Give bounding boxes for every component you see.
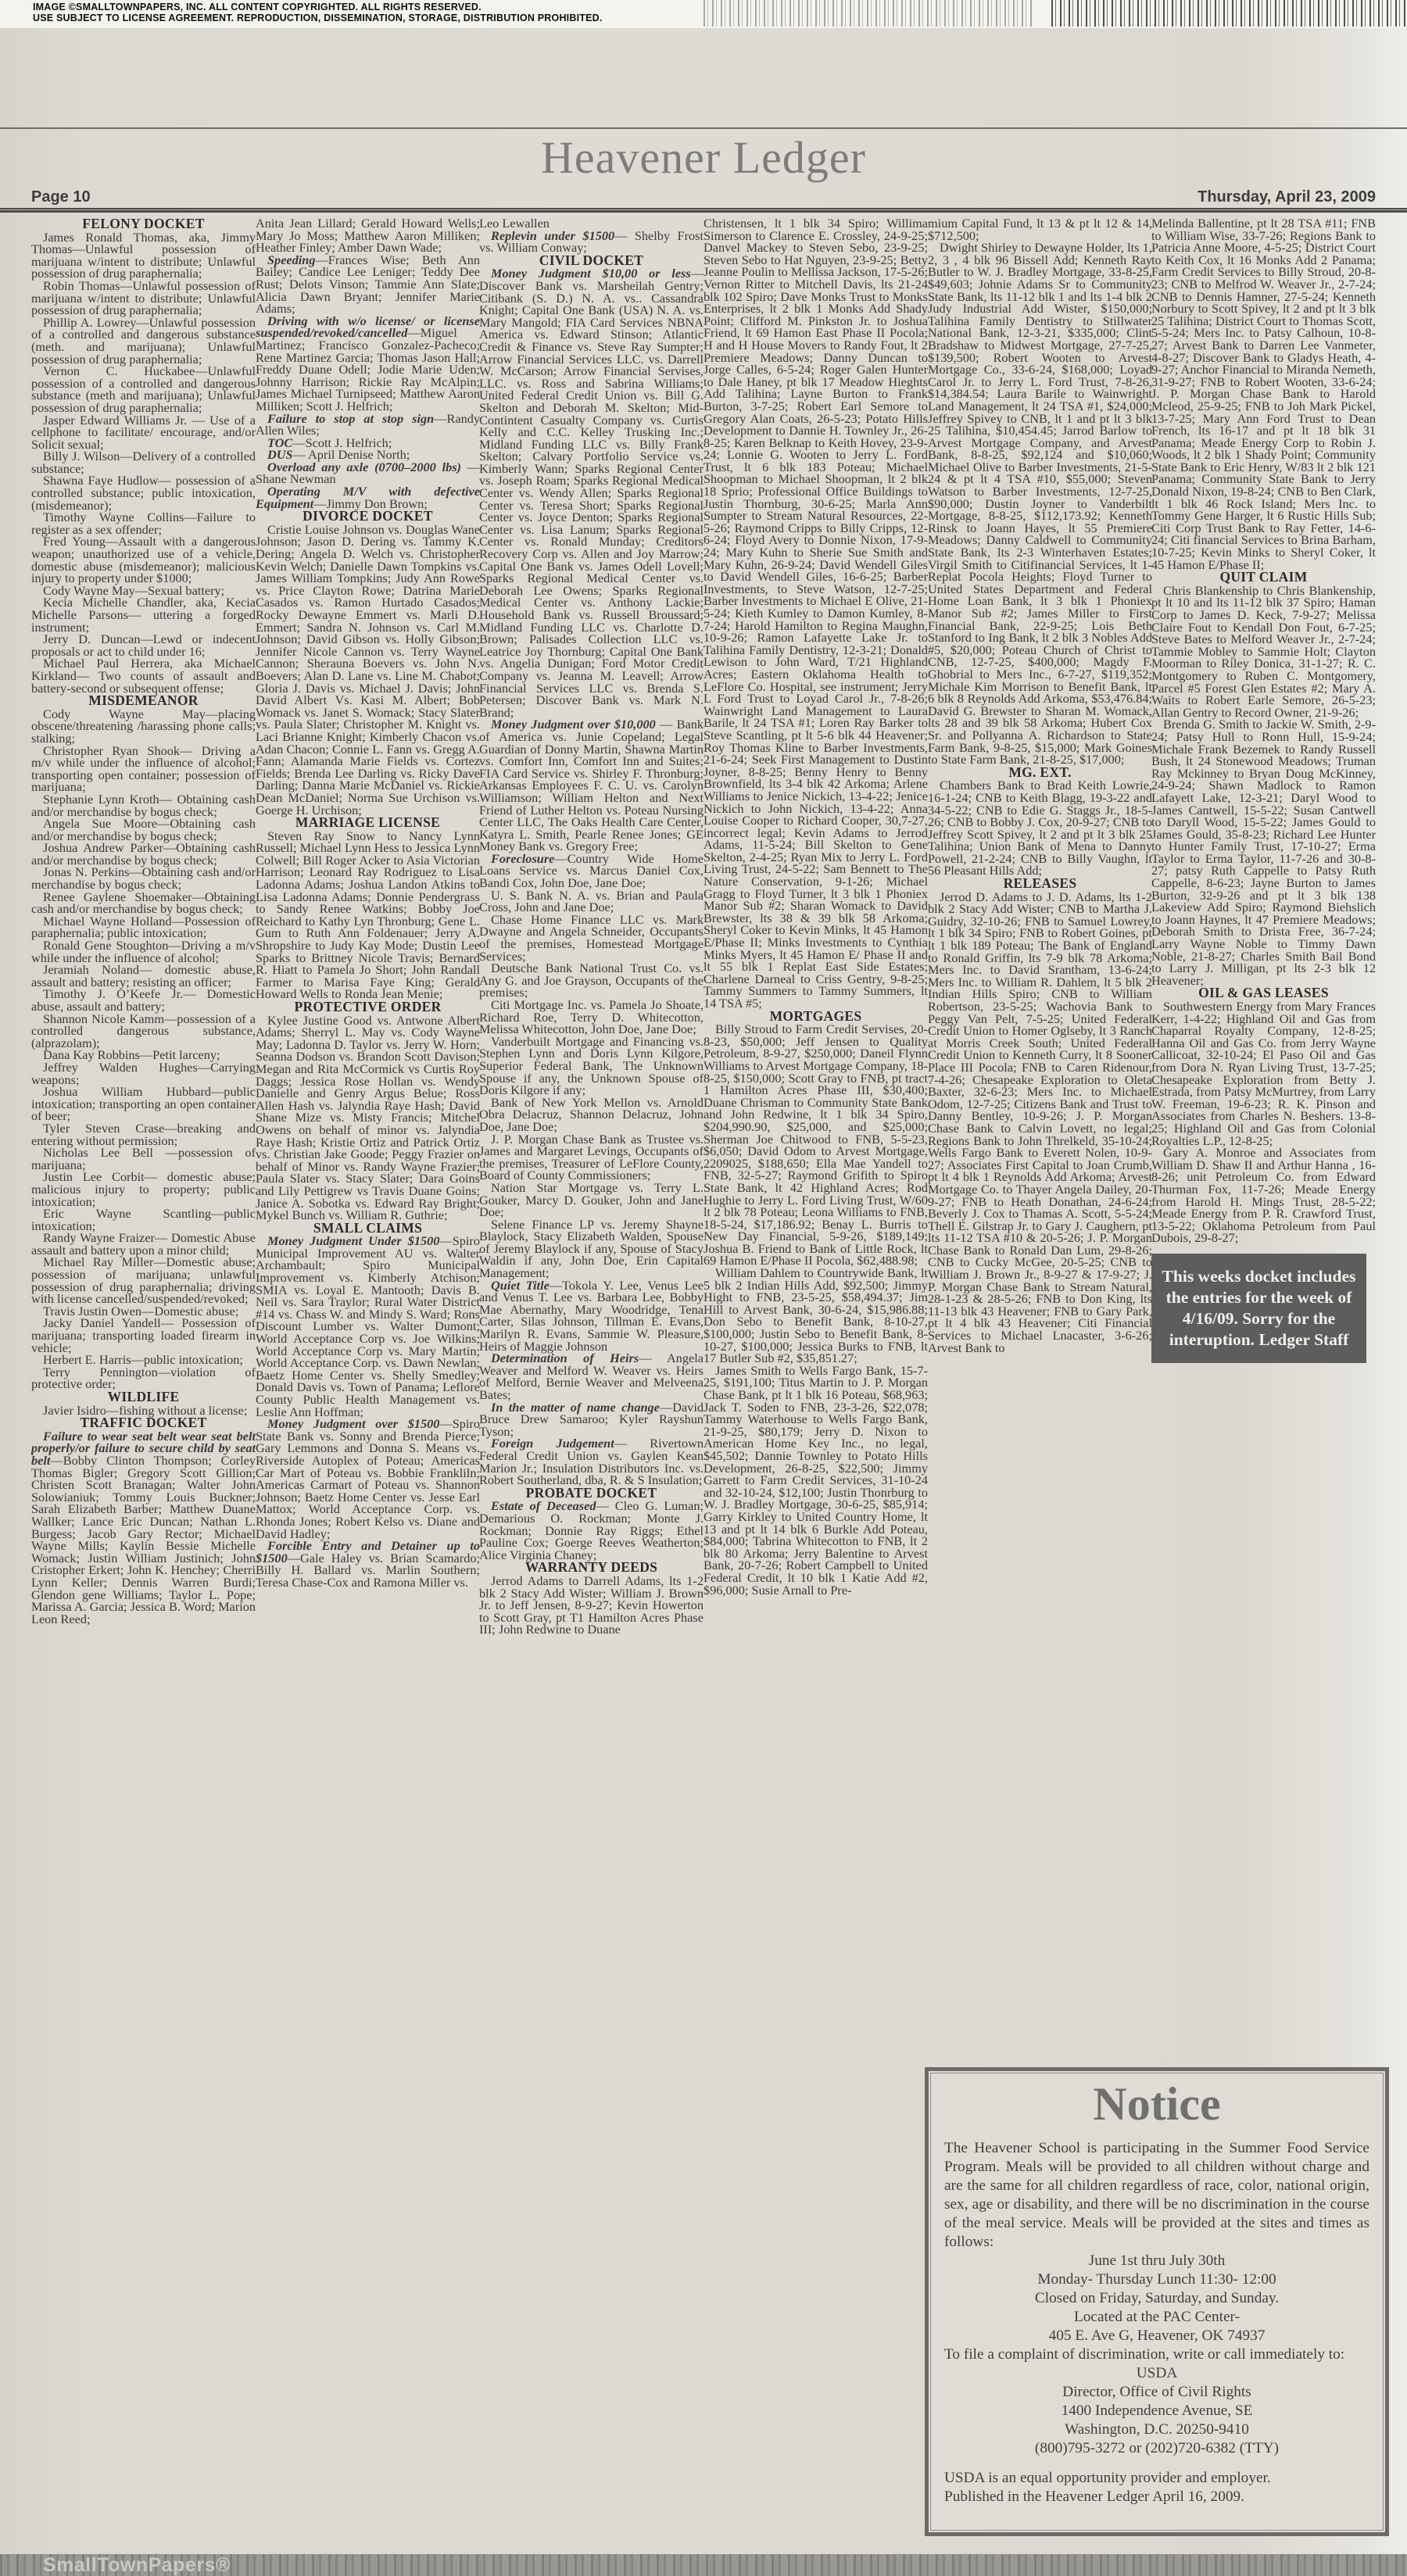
docket-entry: Jacky Daniel Yandell— Possession of mari… [31, 1317, 256, 1354]
scan-artifact-stripes [703, 0, 1032, 27]
docket-entry: Justin Lee Corbit— domestic abuse; malic… [31, 1171, 256, 1207]
notice-title: Notice [944, 2077, 1369, 2131]
docket-entry: Renee Gaylene Shoemaker—Obtaining cash a… [31, 891, 256, 915]
docket-entry: Vernon C. Huckabee—Unlawful possession o… [31, 365, 256, 413]
docket-entry: Deutsche Bank National Trust Co. vs. Any… [479, 962, 703, 999]
column-6: Melinda Ballentine, pt lt 28 TSA #11; FN… [1151, 217, 1376, 2066]
docket-entry: Billy Stroud to Farm Credit Servises, 20… [703, 1023, 928, 1267]
docket-entry: Selene Finance LP vs. Jeremy Shayne Blay… [479, 1218, 703, 1279]
section-heading: FELONY DOCKET [31, 218, 256, 231]
docket-entry: U. S. Bank N. A. vs. Brian and Paula Cro… [479, 889, 703, 914]
notice-line: Published in the Heavener Ledger April 1… [944, 2488, 1369, 2506]
docket-entry: Shawna Faye Hudlow— possession of a cont… [31, 474, 256, 511]
notice-schedule: June 1st thru July 30thMonday- Thursday … [944, 2252, 1369, 2345]
docket-entry: In the matter of name change—David Bruce… [479, 1401, 703, 1438]
docket-entry: Nation Star Mortgage vs. Terry L. Gouker… [479, 1182, 703, 1218]
notice-line: USDA is an equal opportunity provider an… [944, 2469, 1369, 2488]
docket-entry: Bank of New York Mellon vs. Arnold Obra … [479, 1097, 703, 1133]
copyright-line1: IMAGE ©SMALLTOWNPAPERS, INC. ALL CONTENT… [33, 2, 603, 13]
notice-complaint: To file a complaint of discrimination, w… [944, 2345, 1369, 2364]
docket-entry: Jeffrey Walden Hughes—Carrying weapons; [31, 1061, 256, 1086]
copyright-line2: USE SUBJECT TO LICENSE AGREEMENT. REPROD… [33, 13, 603, 23]
notice-footer: USDA is an equal opportunity provider an… [944, 2469, 1369, 2506]
section-heading: MG. EXT. [928, 767, 1152, 779]
docket-entry: Timothy Wayne Collins—Failure to registe… [31, 511, 256, 535]
docket-entry: Money Judgment over $1500—Spiro State Ba… [256, 1418, 480, 1540]
docket-entry: Nicholas Lee Bell —possession of marijua… [31, 1147, 256, 1171]
bottom-watermark-band: SmallTownPapers® [0, 2554, 1407, 2576]
docket-entry: Phillip A. Lowrey—Unlawful possession of… [31, 317, 256, 365]
column-5: mium Capital Fund, lt 13 & pt lt 12 & 14… [928, 217, 1152, 2063]
docket-entry: Christopher Ryan Shook— Driving a m/v wh… [31, 745, 256, 793]
docket-entry: Joshua Andrew Parker—Obtaining cash and/… [31, 842, 256, 866]
docket-entry: Southwestern Energy from Mary Frances Ke… [1151, 1000, 1376, 1147]
entry-category-lead: Foreclosure [491, 851, 554, 866]
docket-entry: William Dahlem to Countrywide Bank, lt 5… [703, 1267, 928, 1365]
copyright-strip: IMAGE ©SMALLTOWNPAPERS, INC. ALL CONTENT… [0, 0, 1407, 28]
entry-category-lead: Replevin under $1500 [491, 228, 614, 243]
docket-entry: James Ronald Thomas, aka, Jimmy Thomas—U… [31, 231, 256, 280]
docket-entry: Overload any axle (0700–2000 lbs) — Shan… [256, 461, 480, 485]
notice-body: The Heavener School is participating in … [944, 2139, 1369, 2252]
notice-line: USDA [944, 2364, 1369, 2383]
smalltownpapers-watermark: SmallTownPapers® [43, 2554, 231, 2576]
entry-category-lead: Quiet Title [491, 1278, 550, 1293]
notice-line: (800)795-3272 or (202)720-6382 (TTY) [944, 2439, 1369, 2458]
notice-line: June 1st thru July 30th [944, 2252, 1369, 2270]
docket-entry: Michael Paul Herrera, aka Michael Kirkla… [31, 657, 256, 694]
docket-entry: Timothy J. O’Keefe Jr.— Domestic abuse, … [31, 988, 256, 1012]
docket-entry: Speeding—Frances Wise; Beth Ann Bailey; … [256, 254, 480, 315]
masthead-top-rule [0, 127, 1407, 129]
docket-entry: Quiet Title—Tokola Y. Lee, Venus Lee and… [479, 1279, 703, 1353]
section-heading: PROTECTIVE ORDER [256, 1001, 480, 1014]
docket-entry: Anita Jean Lillard; Gerald Howard Wells;… [256, 217, 480, 254]
docket-entry: mium Capital Fund, lt 13 & pt lt 12 & 14… [928, 217, 1152, 241]
docket-entry: Angela Sue Moore—Obtaining cash and/or m… [31, 818, 256, 842]
docket-entry: Money Judgment $10,00 or less—Discover B… [479, 267, 703, 718]
notice-ad-box: Notice The Heavener School is participat… [925, 2067, 1389, 2536]
docket-entry: J. P. Morgan Chase Bank as Trustee vs. J… [479, 1133, 703, 1182]
section-heading: MARRIAGE LICENSE [256, 817, 480, 829]
docket-entry: Steven Ray Snow to Nancy Lynn Russell; M… [256, 830, 480, 1000]
docket-entry: Failure to wear seat belt wear seat belt… [31, 1430, 256, 1626]
notice-line: Monday- Thursday Lunch 11:30- 12:00 [944, 2270, 1369, 2289]
notice-line: Washington, D.C. 20250-9410 [944, 2420, 1369, 2439]
entry-category-lead: Money Judgment $10,00 or less [491, 266, 691, 281]
notice-line: 1400 Independence Avenue, SE [944, 2402, 1369, 2420]
newspaper-title: Heavener Ledger [0, 131, 1407, 184]
docket-entry: Chris Blankenship to Chris Blankenship, … [1151, 585, 1376, 719]
page-number: Page 10 [31, 188, 91, 206]
section-heading: DIVORCE DOCKET [256, 510, 480, 523]
docket-entry: Michael Ray Miller—Domestic abuse; posse… [31, 1256, 256, 1304]
docket-entry: Jasper Edward Williams Jr. — Use of a ce… [31, 414, 256, 451]
notice-line: 405 E. Ave G, Heavener, OK 74937 [944, 2327, 1369, 2345]
docket-entry: Brenda G. Smith to Jackie W. Smith, 2-9-… [1151, 718, 1376, 986]
entry-category-lead: Money Judgment over $10,000 [491, 717, 656, 732]
docket-entry: Terry Pennington—violation of protective… [31, 1366, 256, 1390]
entry-category-lead: Forcible Entry and Detainer up to $1500 [256, 1538, 480, 1565]
docket-entry: Forcible Entry and Detainer up to $1500—… [256, 1540, 480, 1588]
section-heading: SMALL CLAIMS [256, 1222, 480, 1235]
docket-entry: Foreclosure—Country Wide Home Loans Serv… [479, 853, 703, 889]
docket-entry: Stephanie Lynn Kroth— Obtaining cash and… [31, 793, 256, 818]
notice-line: Located at the PAC Center- [944, 2308, 1369, 2327]
docket-entry: Estate of Deceased— Cleo G. Luman; Demar… [479, 1500, 703, 1561]
entry-category-lead: Failure to wear seat belt wear seat belt… [31, 1429, 256, 1468]
docket-entry: Jerrod D. Adams to J. D. Adams, lts 1-2 … [928, 891, 1152, 1354]
docket-entry: Melinda Ballentine, pt lt 28 TSA #11; FN… [1151, 217, 1376, 571]
entry-category-lead: In the matter of name change [491, 1400, 660, 1415]
docket-entry: Vanderbuilt Mortgage and Financing vs. S… [479, 1036, 703, 1097]
docket-entry: Billy J. Wilson—Delivery of a controlled… [31, 450, 256, 474]
column-2: Anita Jean Lillard; Gerald Howard Wells;… [256, 217, 480, 2535]
page-date: Thursday, April 23, 2009 [1198, 188, 1376, 206]
notice-address: USDADirector, Office of Civil Rights1400… [944, 2364, 1369, 2458]
entry-category-lead: Determination of Heirs [491, 1351, 639, 1365]
notice-line: Director, Office of Civil Rights [944, 2383, 1369, 2402]
docket-entry: Tyler Steven Crase—breaking and entering… [31, 1122, 256, 1147]
docket-entry: Failure to stop at stop sign—Randy Allen… [256, 413, 480, 437]
section-heading: OIL & GAS LEASES [1151, 987, 1376, 1000]
docket-entry: Jerrod Adams to Darrell Adams, lts 1-2 b… [479, 1575, 703, 1636]
entry-category-lead: Failure to stop at stop sign [267, 411, 434, 426]
docket-entry: Joshua William Hubbard—public intoxicati… [31, 1086, 256, 1122]
docket-entry: Michael Wayne Holland—Possession of para… [31, 915, 256, 939]
docket-entry: Kylee Justine Good vs. Antwone Albert Ad… [256, 1014, 480, 1222]
docket-entry: Dwight Shirley to Dewayne Holder, lts 1,… [928, 241, 1152, 766]
page-header: Page 10 Thursday, April 23, 2009 [31, 188, 1376, 206]
section-heading: RELEASES [928, 878, 1152, 890]
docket-entry: Driving with w/o license/ or license sus… [256, 315, 480, 413]
docket-entry: Kecia Michelle Chandler, aka, Kecia Mich… [31, 596, 256, 633]
copyright-text: IMAGE ©SMALLTOWNPAPERS, INC. ALL CONTENT… [33, 2, 603, 23]
entry-category-lead: Speeding [267, 252, 316, 267]
docket-entry: Eric Wayne Scantling—public intoxication… [31, 1207, 256, 1232]
docket-entry: Randy Wayne Fraizer— Domestic Abuse assa… [31, 1232, 256, 1256]
docket-entry: Citi Mortgage Inc. vs. Pamela Jo Shoate,… [479, 999, 703, 1036]
column-4: Christensen, lt 1 blk 34 Spiro; Willima … [703, 217, 928, 2535]
entry-category-lead: Driving with w/o license/ or license sus… [256, 313, 480, 341]
docket-entry: Jonas N. Perkins—Obtaining cash and/or m… [31, 866, 256, 890]
column-1: FELONY DOCKETJames Ronald Thomas, aka, J… [31, 217, 256, 2535]
docket-entry: Shannon Nicole Kamm—possession of a cont… [31, 1013, 256, 1050]
docket-entry: Ronald Gene Stoughton—Driving a m/v whil… [31, 939, 256, 964]
docket-entry: Money Judgment over $10,000 — Bank of Am… [479, 718, 703, 853]
docket-entry: Robin Thomas—Unlawful possession of mari… [31, 280, 256, 317]
entry-category-lead: Foreign Judgement [491, 1436, 614, 1451]
column-3: Leo LewallenReplevin under $1500— Shelby… [479, 217, 703, 2535]
docket-entry: Operating M/V with defective Equipment—J… [256, 485, 480, 510]
section-heading: WILDLIFE [31, 1391, 256, 1404]
section-heading: MISDEMEANOR [31, 695, 256, 707]
docket-entry: Jerry D. Duncan—Lewd or indecent proposa… [31, 633, 256, 657]
docket-entry: Cristie Louise Johnson vs. Douglas Wane … [256, 524, 480, 816]
header-rule [0, 208, 1407, 213]
entry-category-lead: Estate of Deceased [491, 1498, 596, 1513]
docket-entry: Fred Young—Assault with a dangerous weap… [31, 535, 256, 584]
docket-entry: Gary A. Monroe and Associates from Willi… [1151, 1147, 1376, 1244]
docket-entry: Chase Home Finance LLC vs. Mark Dwayne a… [479, 914, 703, 962]
section-heading: QUIT CLAIM [1151, 571, 1376, 584]
entry-category-lead: Operating M/V with defective Equipment [256, 484, 480, 511]
docket-entry: Chambers Bank to Brad Keith Lowrie, 16-1… [928, 779, 1152, 877]
docket-entry: Foreign Judgement— Rivertown Federal Cre… [479, 1437, 703, 1486]
section-heading: TRAFFIC DOCKET [31, 1417, 256, 1429]
entry-category-lead: Overload any axle (0700–2000 lbs) [267, 460, 461, 474]
section-heading: MORTGAGES [703, 1011, 928, 1023]
docket-entry: Christensen, lt 1 blk 34 Spiro; Willima … [703, 217, 928, 1010]
entry-category-lead: Money Judgment Under $1500 [267, 1233, 439, 1248]
docket-entry: Jeramiah Noland— domestic abuse, assault… [31, 964, 256, 988]
section-heading: PROBATE DOCKET [479, 1487, 703, 1500]
section-heading: CIVIL DOCKET [479, 255, 703, 267]
docket-entry: James Smith to Wells Fargo Bank, 15-7-25… [703, 1365, 928, 1596]
entry-category-lead: Money Judgment over $1500 [267, 1416, 439, 1431]
scan-artifact-stripes [1051, 0, 1407, 27]
docket-entry: Cody Wayne May—placing obscene/threateni… [31, 708, 256, 745]
docket-entry: Money Judgment Under $1500—Spiro Municip… [256, 1235, 480, 1418]
docket-entry: Determination of Heirs— Angela Weaver an… [479, 1352, 703, 1401]
notice-line: Closed on Friday, Saturday, and Sunday. [944, 2289, 1369, 2308]
docket-entry: Replevin under $1500— Shelby Frost vs. W… [479, 230, 703, 254]
docket-interruption-note: This weeks docket includes the entries f… [1151, 1254, 1366, 1363]
section-heading: WARRANTY DEEDS [479, 1562, 703, 1574]
